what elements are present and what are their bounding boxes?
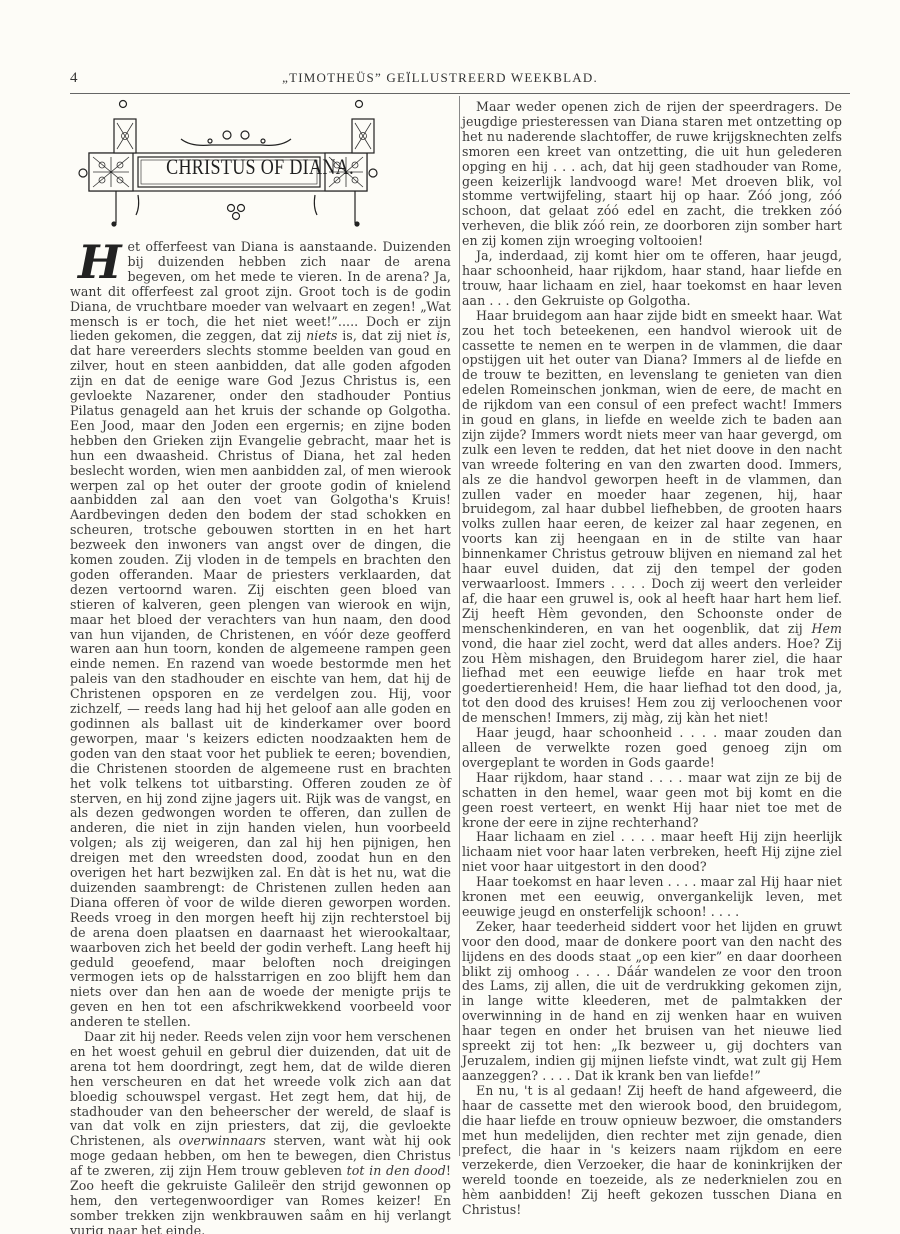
header-rule (70, 93, 850, 94)
title-banner: CHRISTUS OF DIANA. (75, 95, 395, 230)
page-number: 4 (70, 70, 78, 87)
running-head: „TIMOTHEÜS” GEÏLLUSTREERD WEEKBLAD. (240, 70, 640, 86)
dropcap: H (78, 242, 122, 282)
paragraph: Haar rijkdom, haar stand . . . . maar wa… (462, 771, 842, 831)
paragraph: Ja, inderdaad, zij komt hier om te offer… (462, 249, 842, 309)
paragraph: Haar jeugd, haar schoonheid . . . . maar… (462, 726, 842, 771)
right-column: Maar weder openen zich de rijen der spee… (462, 100, 842, 1218)
paragraph: Maar weder openen zich de rijen der spee… (462, 100, 842, 249)
paragraph: Haar toekomst en haar leven . . . . maar… (462, 875, 842, 920)
column-divider (459, 96, 460, 1156)
paragraph: Haar bruidegom aan haar zijde bidt en sm… (462, 309, 842, 726)
opening-paragraph: Het offerfeest van Diana is aanstaande. … (70, 240, 451, 1030)
left-column: Het offerfeest van Diana is aanstaande. … (70, 240, 451, 1234)
paragraph: Zeker, haar teederheid siddert voor het … (462, 920, 842, 1084)
paragraph: En nu, 't is al gedaan! Zij heeft de han… (462, 1084, 842, 1218)
paragraph: Haar lichaam en ziel . . . . maar heeft … (462, 830, 842, 875)
paragraph: Daar zit hij neder. Reeds velen zijn voo… (70, 1030, 451, 1234)
article-title: CHRISTUS OF DIANA. (162, 152, 359, 182)
